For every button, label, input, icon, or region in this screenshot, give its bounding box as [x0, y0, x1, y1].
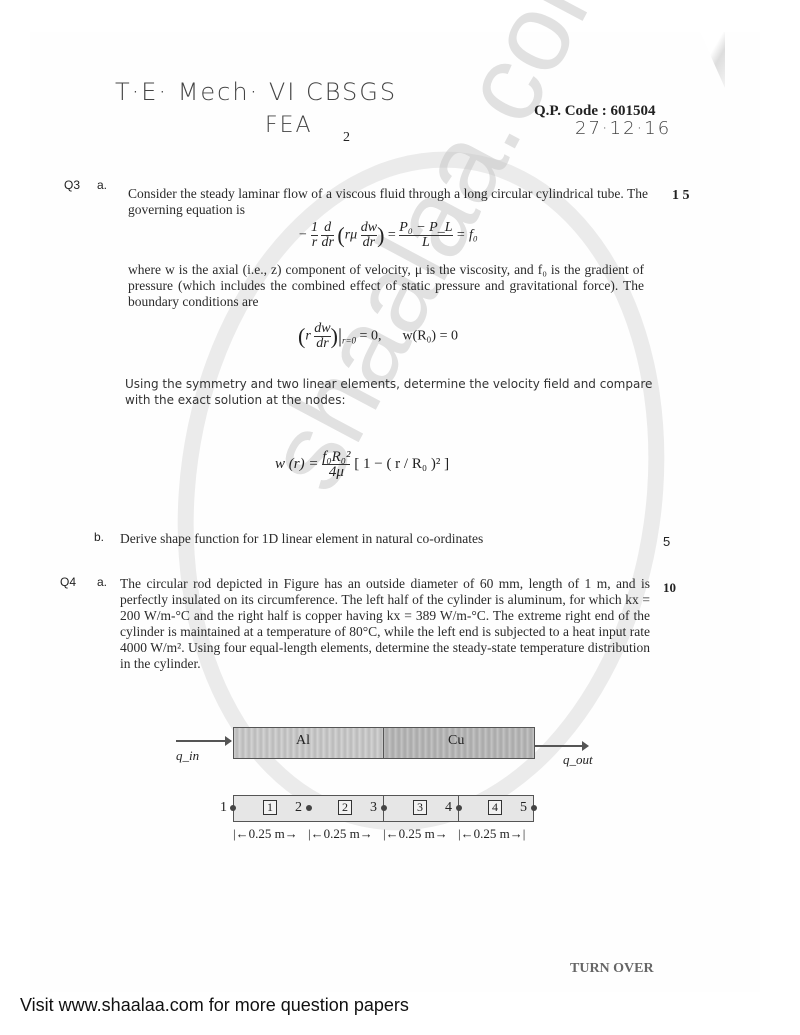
boundary-conditions: (r dwdr)|r=0 = 0, w(R₀) = 0: [298, 322, 458, 351]
frac-num: dw: [361, 221, 377, 236]
q3-part-b-label: b.: [94, 530, 104, 544]
q3a-paragraph-1: Consider the steady laminar flow of a vi…: [128, 186, 648, 218]
material-al-label: Al: [296, 733, 310, 749]
material-cu-label: Cu: [448, 733, 464, 749]
governing-equation: − 1r ddr (rμ dwdr) = P₀ − P_LL = f₀: [298, 221, 478, 250]
dimension-1: |←0.25 m→: [233, 826, 298, 842]
exact-frac: f₀R₀²4μ: [322, 450, 350, 479]
dimension-text: 0.25 m: [249, 826, 285, 841]
q3-part-a-label: a.: [97, 178, 107, 192]
q3a-marks: 1 5: [672, 188, 690, 204]
frac-num: P₀ − P_L: [399, 221, 452, 236]
dimension-3: |←0.25 m→: [383, 826, 448, 842]
eq-inner: rμ: [345, 228, 357, 243]
q4a-text: The circular rod depicted in Figure has …: [120, 576, 650, 672]
heat-out-arrowhead: [582, 741, 589, 751]
node-label-1: 1: [220, 800, 227, 816]
element-label-3: 3: [413, 800, 427, 815]
bc-frac: dwdr: [314, 322, 330, 351]
eq-frac-3: dwdr: [361, 221, 377, 250]
node-label-5: 5: [520, 800, 527, 816]
question-number-q4: Q4: [60, 575, 76, 589]
frac-num: dw: [314, 322, 330, 337]
node-dot-4: [456, 805, 462, 811]
site-notice: Visit www.shaalaa.com for more question …: [20, 995, 409, 1016]
bc-r: r: [305, 329, 310, 344]
dimension-text: 0.25 m: [474, 826, 510, 841]
exact-bracket: [ 1 − ( r / R₀ )² ]: [354, 456, 449, 472]
node-label-4: 4: [445, 800, 452, 816]
heat-in-arrow: [176, 740, 231, 742]
dimension-text: 0.25 m: [399, 826, 435, 841]
eq-frac-2: ddr: [321, 221, 333, 250]
node-label-2: 2: [295, 800, 302, 816]
frac-den: dr: [361, 236, 377, 250]
node-dot-1: [230, 805, 236, 811]
frac-den: dr: [314, 337, 330, 351]
bc-rest: = 0, w(R₀) = 0: [360, 329, 458, 344]
page-number: 2: [343, 130, 350, 146]
handwritten-date: 27·12·16: [575, 118, 671, 139]
element-label-2: 2: [338, 800, 352, 815]
eq-minus: −: [298, 228, 307, 243]
frac-den: 4μ: [322, 465, 350, 479]
frac-den: dr: [321, 236, 333, 250]
frac-num: d: [321, 221, 333, 236]
frac-den: L: [399, 236, 452, 250]
dimension-4: |←0.25 m→|: [458, 826, 525, 842]
q3a-paragraph-2: where w is the axial (i.e., z) component…: [128, 262, 644, 310]
turn-over-label: TURN OVER: [570, 961, 654, 977]
q4a-marks: 10: [663, 580, 676, 596]
exact-lhs: w (r) =: [275, 456, 318, 472]
question-number-q3: Q3: [64, 178, 80, 192]
bc-sub: r=0: [342, 336, 356, 346]
dimension-text: 0.25 m: [324, 826, 360, 841]
node-dot-2: [306, 805, 312, 811]
dimension-2: |←0.25 m→: [308, 826, 373, 842]
element-label-1: 1: [263, 800, 277, 815]
handwritten-subject: FEA: [265, 113, 313, 138]
element-label-4: 4: [488, 800, 502, 815]
node-dot-5: [531, 805, 537, 811]
frac-num: f₀R₀²: [322, 450, 350, 465]
exact-solution-equation: w (r) = f₀R₀²4μ [ 1 − ( r / R₀ )² ]: [275, 450, 449, 479]
handwritten-course: T·E· Mech· VI CBSGS: [115, 78, 397, 106]
q3b-marks: 5: [663, 534, 670, 549]
heat-out-arrow: [535, 745, 585, 747]
q-in-label: q_in: [176, 748, 199, 764]
q3a-paragraph-3: Using the symmetry and two linear elemen…: [125, 376, 655, 408]
eq-frac-rhs: P₀ − P_LL: [399, 221, 452, 250]
eq-frac-1: 1r: [311, 221, 318, 250]
frac-num: 1: [311, 221, 318, 236]
node-dot-3: [381, 805, 387, 811]
frac-den: r: [311, 236, 318, 250]
eq-rhs-end: = f₀: [456, 228, 478, 243]
q4-part-a-label: a.: [97, 575, 107, 589]
heat-in-arrowhead: [225, 736, 232, 746]
q-out-label: q_out: [563, 752, 593, 768]
q3b-text: Derive shape function for 1D linear elem…: [120, 531, 483, 547]
node-label-3: 3: [370, 800, 377, 816]
